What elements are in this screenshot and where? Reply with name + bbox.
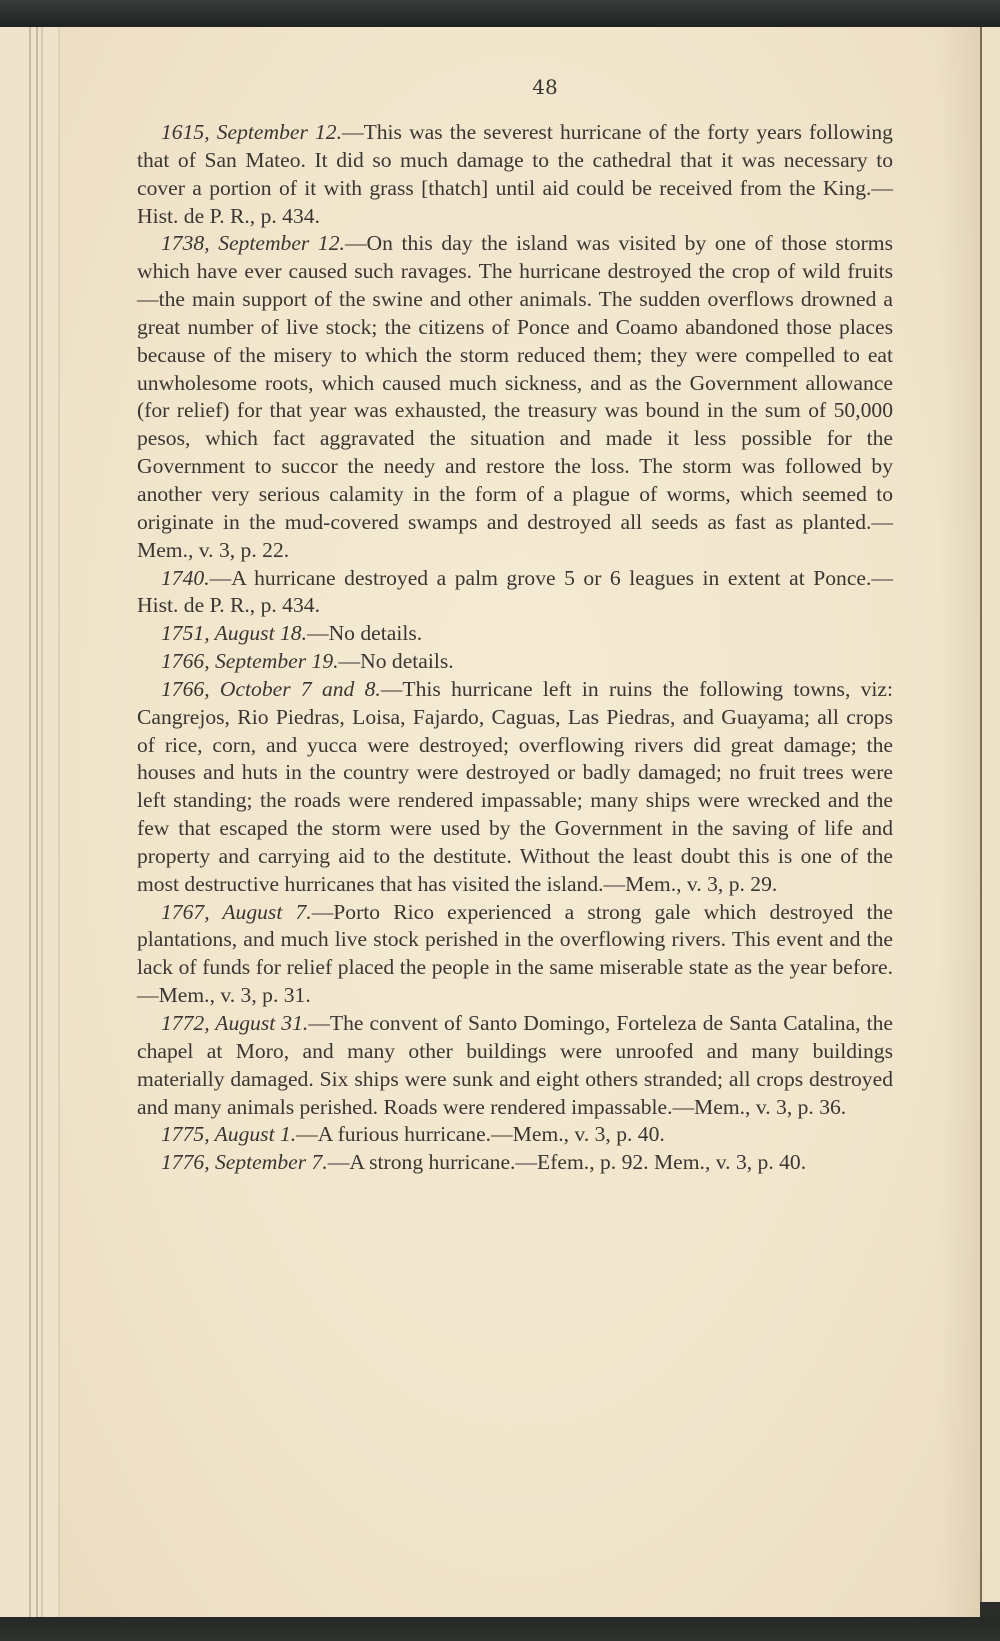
entry-text: —A hurricane destroyed a palm grove 5 or… bbox=[137, 566, 893, 618]
entry-date: 1751, August 18. bbox=[161, 621, 307, 645]
entry-date: 1766, October 7 and 8. bbox=[161, 677, 381, 701]
hurricane-entry-1775: 1775, August 1.—A furious hurricane.—Mem… bbox=[137, 1121, 893, 1149]
entry-text: —A strong hurricane.—Efem., p. 92. Mem.,… bbox=[328, 1150, 806, 1174]
hurricane-entry-1766-oct: 1766, October 7 and 8.—This hurricane le… bbox=[137, 676, 893, 899]
page-edge-line bbox=[29, 27, 31, 1619]
entry-date: 1772, August 31. bbox=[161, 1011, 308, 1035]
book-scan: 48 1615, September 12.—This was the seve… bbox=[0, 0, 1000, 1641]
entry-date: 1767, August 7. bbox=[161, 900, 312, 924]
entry-text: —A furious hurricane.—Mem., v. 3, p. 40. bbox=[296, 1122, 665, 1146]
page-body: 1615, September 12.—This was the severes… bbox=[137, 119, 893, 1177]
hurricane-entry-1615: 1615, September 12.—This was the severes… bbox=[137, 119, 893, 230]
entry-text: —No details. bbox=[339, 649, 454, 673]
hurricane-entry-1767: 1767, August 7.—Porto Rico experienced a… bbox=[137, 899, 893, 1010]
hurricane-entry-1766-sep: 1766, September 19.—No details. bbox=[137, 648, 893, 676]
hurricane-entry-1738: 1738, September 12.—On this day the isla… bbox=[137, 230, 893, 564]
entry-date: 1615, September 12. bbox=[161, 120, 342, 144]
page-edge-line bbox=[41, 27, 43, 1619]
hurricane-entry-1751: 1751, August 18.—No details. bbox=[137, 620, 893, 648]
bottom-binding-edge bbox=[0, 1617, 1000, 1641]
right-page-edge bbox=[980, 27, 1000, 1602]
entry-date: 1738, September 12. bbox=[161, 231, 345, 255]
page-number: 48 bbox=[60, 75, 980, 99]
entry-date: 1775, August 1. bbox=[161, 1122, 296, 1146]
page-edge-line bbox=[36, 27, 38, 1619]
entry-text: —No details. bbox=[307, 621, 422, 645]
entry-text: —On this day the island was visited by o… bbox=[137, 231, 893, 561]
hurricane-entry-1772: 1772, August 31.—The convent of Santo Do… bbox=[137, 1010, 893, 1121]
hurricane-entry-1740: 1740.—A hurricane destroyed a palm grove… bbox=[137, 565, 893, 621]
book-page: 48 1615, September 12.—This was the seve… bbox=[60, 27, 980, 1617]
left-page-stack bbox=[0, 27, 60, 1619]
entry-date: 1766, September 19. bbox=[161, 649, 339, 673]
entry-date: 1740. bbox=[161, 566, 210, 590]
entry-date: 1776, September 7. bbox=[161, 1150, 328, 1174]
entry-text: —This hurricane left in ruins the follow… bbox=[137, 677, 893, 896]
hurricane-entry-1776: 1776, September 7.—A strong hurricane.—E… bbox=[137, 1149, 893, 1177]
top-binding-edge bbox=[0, 0, 1000, 27]
